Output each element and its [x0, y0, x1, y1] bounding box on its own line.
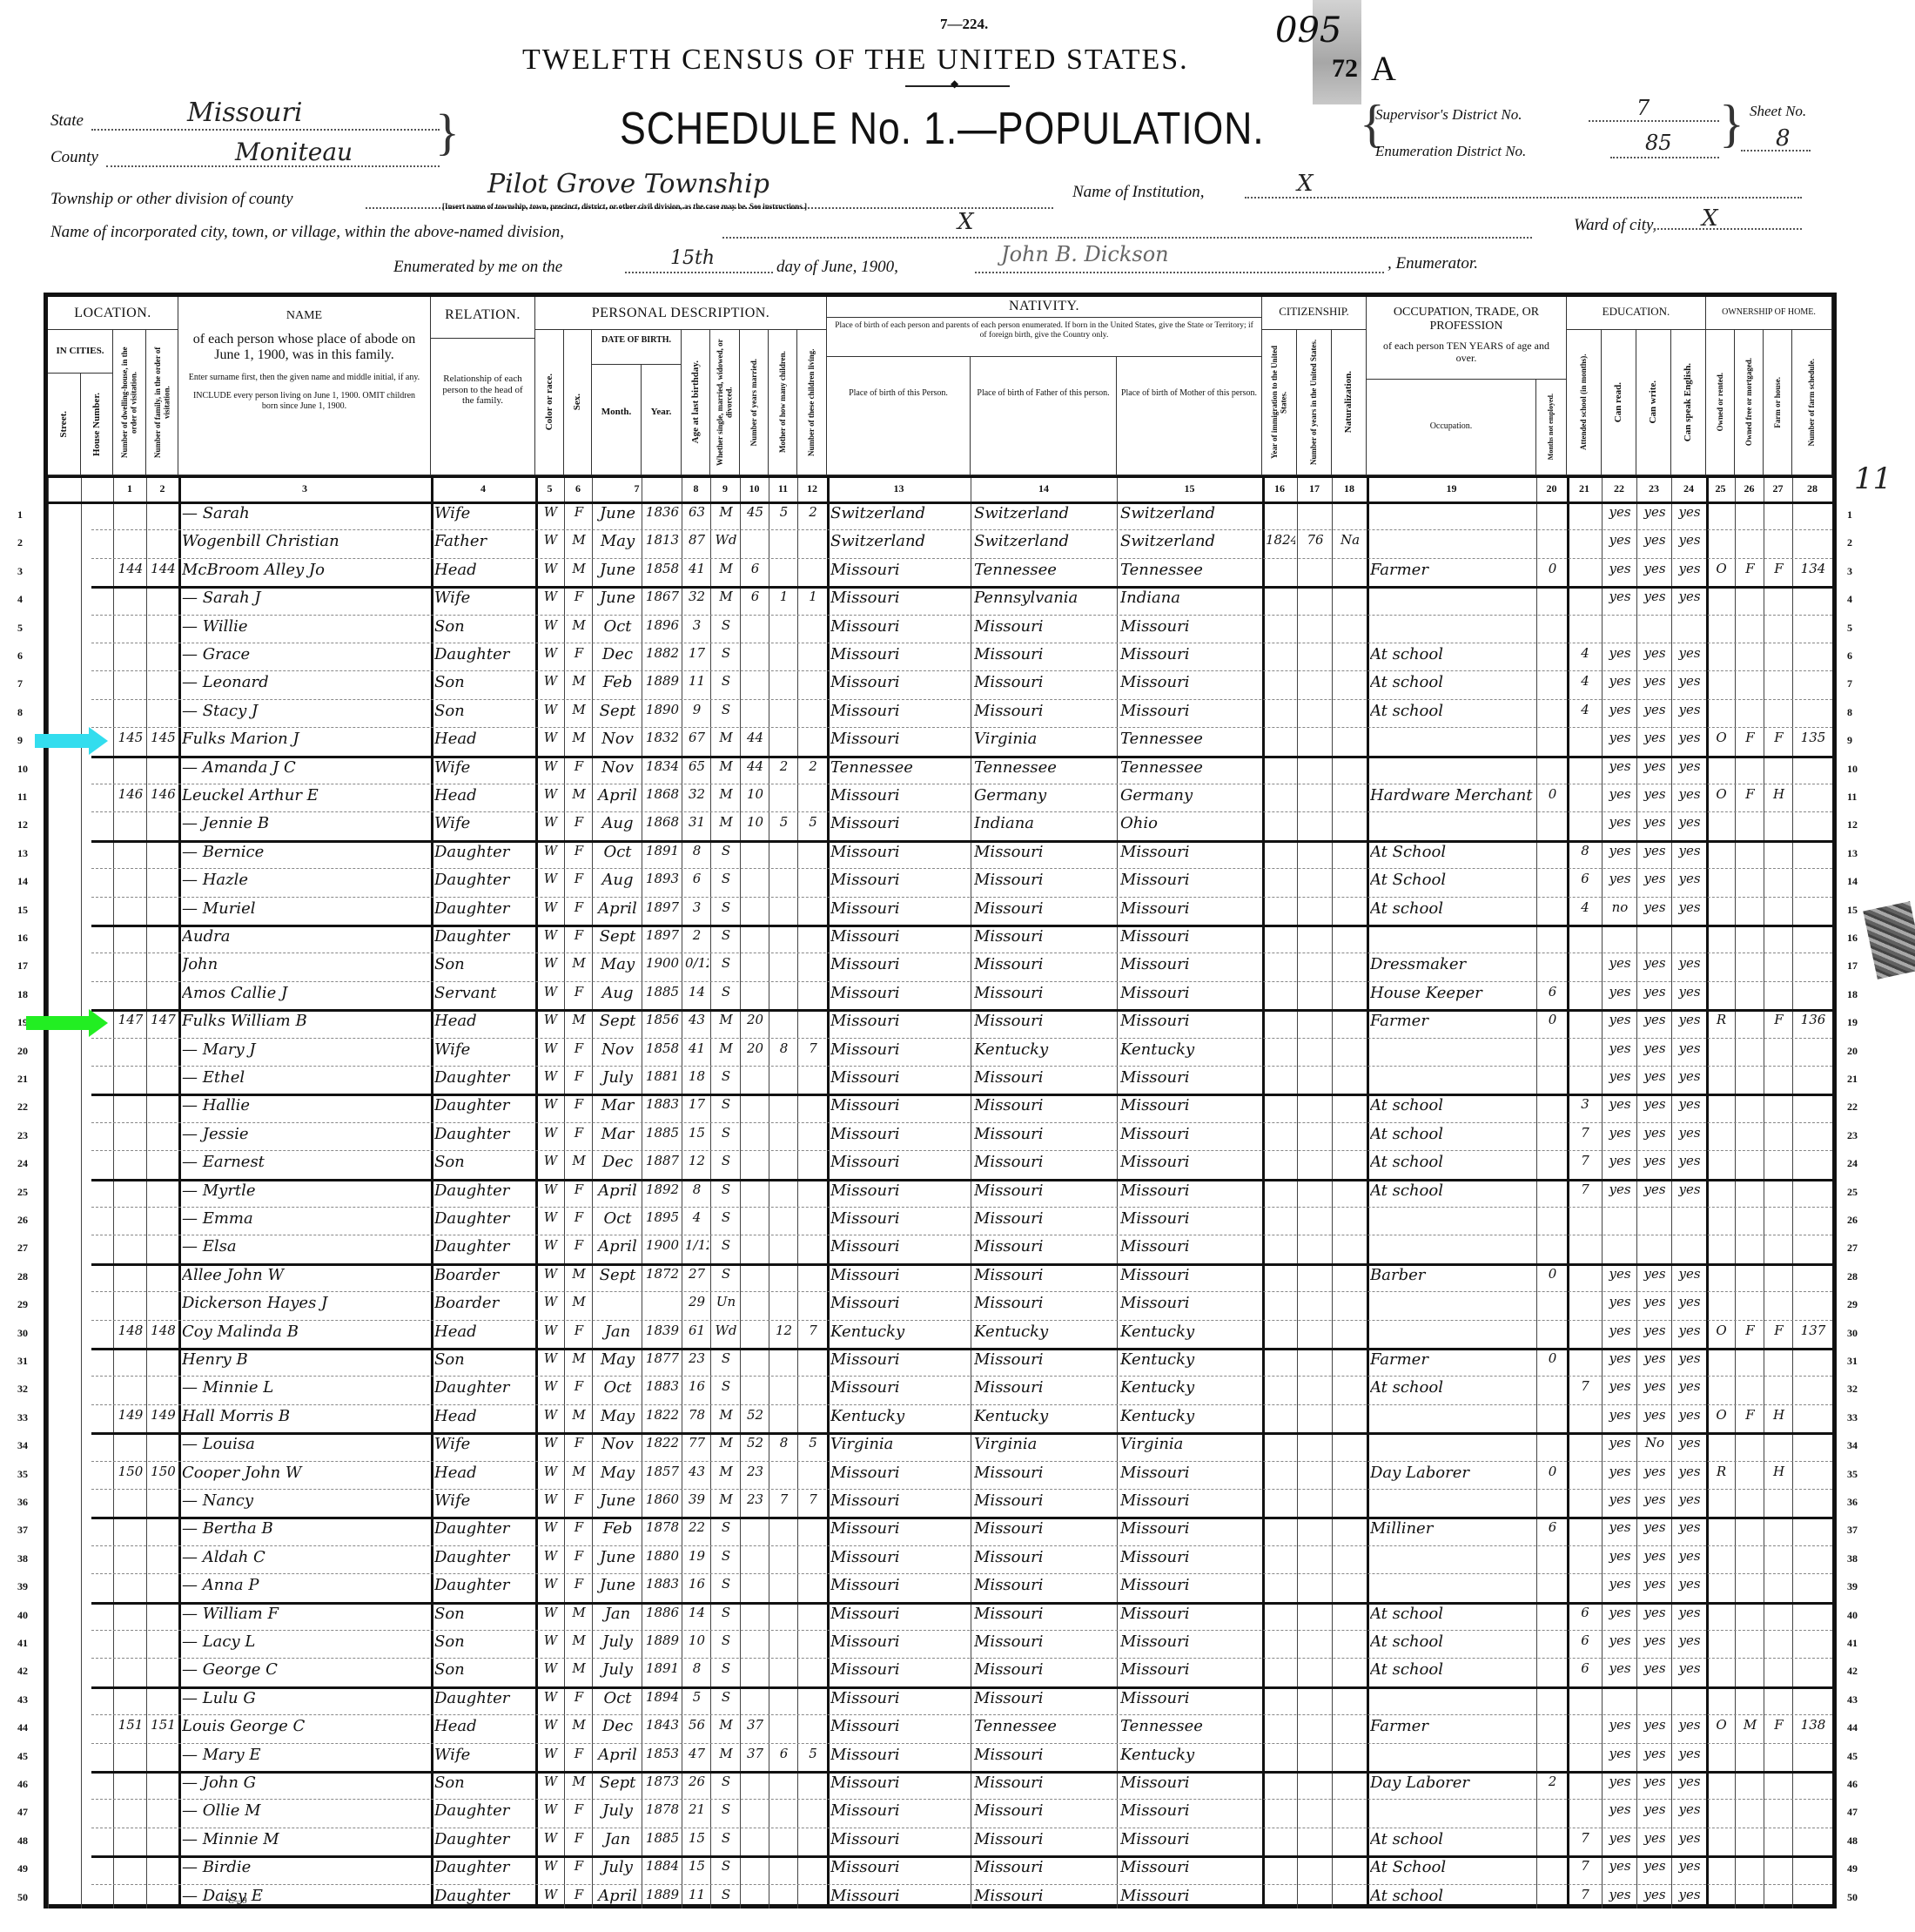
cell-write: yes: [1640, 843, 1670, 858]
cell-marital: M: [714, 1040, 738, 1056]
row-rule: [91, 1291, 1832, 1292]
enumerator-label: , Enumerator.: [1388, 254, 1478, 273]
cell-month: Feb: [595, 673, 640, 691]
line-number-right: 48: [1847, 1834, 1858, 1848]
cell-relation: Daughter: [434, 1068, 534, 1087]
cell-relation: Father: [434, 532, 534, 550]
cell-bp-father: Missouri: [974, 645, 1115, 663]
cell-bp-father: Missouri: [974, 1237, 1115, 1255]
cell-marital: Wd: [714, 1323, 738, 1338]
cell-relation: Daughter: [434, 1237, 534, 1255]
cell-year: 1896: [645, 617, 680, 633]
cell-living: 5: [801, 1746, 825, 1761]
row-rule: [91, 868, 1832, 869]
institution-line: [1245, 197, 1802, 199]
cell-age: 32: [685, 589, 709, 604]
cell-occupation: At school: [1370, 1660, 1535, 1679]
cell-read: yes: [1605, 645, 1635, 661]
margin-mark: 11: [1854, 461, 1891, 496]
line-number-left: 25: [17, 1186, 28, 1199]
cell-age: 77: [685, 1435, 709, 1451]
cell-relation: Son: [434, 1774, 534, 1792]
cell-bp-mother: Missouri: [1120, 1830, 1260, 1848]
cell-yrs-married: 52: [743, 1407, 767, 1423]
cell-bp: Missouri: [830, 955, 969, 973]
cell-color: W: [539, 843, 562, 858]
cell-name: — Mary J: [182, 1040, 429, 1059]
cell-color: W: [539, 1181, 562, 1197]
cell-bp: Missouri: [830, 1491, 969, 1510]
cell-bp-mother: Kentucky: [1120, 1378, 1260, 1397]
cell-name: Hall Morris B: [182, 1407, 429, 1425]
cell-relation: Head: [434, 1012, 534, 1030]
cell-read: yes: [1605, 814, 1635, 830]
cell-bp-father: Missouri: [974, 1125, 1115, 1143]
cell-name: — Sarah: [182, 504, 429, 522]
column-number: 1: [113, 482, 146, 495]
cell-bp-mother: Missouri: [1120, 1576, 1260, 1594]
cell-read: yes: [1605, 1125, 1635, 1141]
column-number: 9: [710, 482, 740, 495]
cell-name: — William F: [182, 1605, 429, 1623]
line-number-right: 17: [1847, 959, 1858, 973]
cell-sched: 138: [1796, 1717, 1831, 1733]
cell-bp-father: Missouri: [974, 1096, 1115, 1114]
cell-marital: S: [714, 1068, 738, 1084]
cell-bp-father: Missouri: [974, 1801, 1115, 1820]
line-number-right: 21: [1847, 1073, 1858, 1086]
cell-write: yes: [1640, 1548, 1670, 1564]
cell-bp-father: Missouri: [974, 1689, 1115, 1707]
cell-occupation: At school: [1370, 1830, 1535, 1848]
name-instruction-2: INCLUDE every person living on June 1, 1…: [187, 391, 421, 411]
column-number: 12: [797, 482, 827, 495]
column-divider: [1764, 475, 1764, 1908]
cell-name: Coy Malinda B: [182, 1323, 429, 1341]
supervisor-line: [1589, 120, 1719, 122]
cell-bp: Missouri: [830, 1209, 969, 1228]
cell-sex: F: [568, 1237, 590, 1253]
column-number: 3: [178, 482, 431, 495]
cell-relation: Wife: [434, 1491, 534, 1510]
cell-marital: S: [714, 984, 738, 1000]
line-number-right: 24: [1847, 1157, 1858, 1170]
column-number: 25: [1706, 482, 1735, 495]
cell-year: 1893: [645, 871, 680, 886]
cell-marital: S: [714, 1125, 738, 1141]
column-number: 7: [592, 482, 682, 495]
cell-year: 1872: [645, 1266, 680, 1282]
cell-occupation: At school: [1370, 1632, 1535, 1651]
cell-year: 1883: [645, 1096, 680, 1112]
cell-sex: M: [568, 561, 590, 576]
cell-relation: Daughter: [434, 1125, 534, 1143]
cell-color: W: [539, 561, 562, 576]
footer-mark: C—9: [228, 1896, 247, 1906]
cell-school: 8: [1570, 843, 1600, 858]
cell-age: 16: [685, 1576, 709, 1592]
cell-marital: M: [714, 1464, 738, 1479]
cell-name: — George C: [182, 1660, 429, 1679]
cell-sex: F: [568, 1181, 590, 1197]
cell-dwelling: 148: [117, 1323, 144, 1338]
cell-bp-mother: Missouri: [1120, 1266, 1260, 1284]
line-number-left: 22: [17, 1101, 28, 1114]
months-unemployed-header: Months not employed.: [1536, 380, 1567, 475]
mother-of-header: Mother of how many children.: [769, 330, 797, 475]
cell-bp-father: Missouri: [974, 1464, 1115, 1482]
cell-month: Sept: [595, 1774, 640, 1792]
cell-read: yes: [1605, 1491, 1635, 1507]
cell-occupation: Barber: [1370, 1266, 1535, 1284]
cell-write: yes: [1640, 1887, 1670, 1902]
cell-relation: Head: [434, 730, 534, 748]
cell-yrs-married: 23: [743, 1464, 767, 1479]
cell-marital: Wd: [714, 532, 738, 548]
column-divider: [1671, 475, 1672, 1908]
column-number: 17: [1297, 482, 1332, 495]
column-divider: [81, 475, 82, 1908]
cell-sex: F: [568, 1548, 590, 1564]
cell-read: yes: [1605, 843, 1635, 858]
cell-relation: Head: [434, 786, 534, 804]
cell-bp-mother: Kentucky: [1120, 1350, 1260, 1369]
line-number-right: 6: [1847, 650, 1852, 663]
cell-relation: Head: [434, 1717, 534, 1735]
cell-bp: Missouri: [830, 1464, 969, 1482]
cell-read: yes: [1605, 1153, 1635, 1168]
cell-yrs-us: 76: [1300, 532, 1330, 548]
cell-bp-mother: Missouri: [1120, 1491, 1260, 1510]
cell-write: yes: [1640, 955, 1670, 971]
cell-relation: Daughter: [434, 899, 534, 918]
cell-english: yes: [1675, 1632, 1704, 1648]
line-number-left: 21: [17, 1073, 28, 1086]
cell-color: W: [539, 927, 562, 943]
cell-bp-father: Missouri: [974, 984, 1115, 1002]
farm-schedule-header: Number of farm schedule.: [1792, 330, 1832, 475]
cell-farm: F: [1767, 1323, 1791, 1338]
cell-family: 148: [150, 1323, 177, 1338]
cell-sex: M: [568, 730, 590, 745]
cell-english: yes: [1675, 1660, 1704, 1676]
cell-month: Jan: [595, 1323, 640, 1341]
ward-value: X: [1702, 205, 1718, 232]
cell-sex: M: [568, 702, 590, 717]
cell-bp-mother: Switzerland: [1120, 504, 1260, 522]
cell-month: April: [595, 1181, 640, 1200]
cell-sex: F: [568, 1323, 590, 1338]
cell-color: W: [539, 645, 562, 661]
cell-write: yes: [1640, 1040, 1670, 1056]
row-rule: [91, 1066, 1832, 1067]
cell-school: 6: [1570, 871, 1600, 886]
cell-bp: Missouri: [830, 1012, 969, 1030]
cell-age: 87: [685, 532, 709, 548]
nativity-desc: Place of birth of each person and parent…: [827, 318, 1262, 357]
cell-bp-mother: Missouri: [1120, 984, 1260, 1002]
state-value: Missouri: [187, 98, 302, 128]
cell-year: 1878: [645, 1801, 680, 1817]
cell-age: 39: [685, 1491, 709, 1507]
cell-marital: M: [714, 1012, 738, 1027]
relation-desc: Relationship of each person to the head …: [431, 339, 535, 475]
age-header: Age at last birthday.: [682, 330, 710, 475]
cell-name: — Jessie: [182, 1125, 429, 1143]
cell-month: July: [595, 1660, 640, 1679]
sheet-value: 8: [1776, 125, 1791, 151]
cell-month: June: [595, 1491, 640, 1510]
cell-write: yes: [1640, 1605, 1670, 1620]
column-number: 10: [740, 482, 769, 495]
cell-relation: Daughter: [434, 843, 534, 861]
cell-bp: Missouri: [830, 589, 969, 607]
cell-year: 1860: [645, 1491, 680, 1507]
line-number-right: 7: [1847, 677, 1852, 690]
cell-relation: Head: [434, 1407, 534, 1425]
cell-month: June: [595, 589, 640, 607]
cell-year: 1878: [645, 1519, 680, 1535]
cell-read: yes: [1605, 1717, 1635, 1733]
cell-month: Aug: [595, 871, 640, 889]
township-note: [Insert name of township, town, precinct…: [442, 202, 807, 211]
cell-color: W: [539, 1209, 562, 1225]
cell-school: 7: [1570, 1887, 1600, 1902]
line-number-right: 10: [1847, 763, 1858, 776]
cell-dwelling: 146: [117, 786, 144, 802]
cell-school: 7: [1570, 1153, 1600, 1168]
cell-school: 7: [1570, 1125, 1600, 1141]
cell-relation: Daughter: [434, 1689, 534, 1707]
cell-year: 1877: [645, 1350, 680, 1366]
cell-bp: Missouri: [830, 871, 969, 889]
cell-year: 1858: [645, 561, 680, 576]
cell-year: 1881: [645, 1068, 680, 1084]
cell-year: 1882: [645, 645, 680, 661]
cell-age: 0/12: [685, 955, 709, 971]
cell-read: yes: [1605, 1605, 1635, 1620]
cell-bp-father: Missouri: [974, 1181, 1115, 1200]
cell-school: 4: [1570, 899, 1600, 915]
cell-year: 1900: [645, 955, 680, 971]
can-speak-english-header: Can speak English.: [1671, 330, 1706, 475]
cell-read: yes: [1605, 1774, 1635, 1789]
cell-living: 7: [801, 1323, 825, 1338]
cell-color: W: [539, 1464, 562, 1479]
line-number-right: 31: [1847, 1355, 1858, 1368]
cell-write: yes: [1640, 1294, 1670, 1309]
line-number-left: 10: [17, 763, 28, 776]
cell-year: 1834: [645, 758, 680, 774]
line-number-left: 28: [17, 1270, 28, 1283]
line-number-right: 39: [1847, 1580, 1858, 1593]
cell-bp-mother: Tennessee: [1120, 730, 1260, 748]
cell-yrs-married: 20: [743, 1012, 767, 1027]
cell-own: O: [1710, 1717, 1733, 1733]
cell-english: yes: [1675, 1801, 1704, 1817]
row-rule: [91, 1573, 1832, 1574]
row-rule: [91, 1658, 1832, 1659]
cell-write: yes: [1640, 1378, 1670, 1394]
cell-age: 3: [685, 617, 709, 633]
cell-color: W: [539, 1435, 562, 1451]
cell-bp-mother: Missouri: [1120, 673, 1260, 691]
line-number-left: 45: [17, 1750, 28, 1763]
cell-bp: Missouri: [830, 786, 969, 804]
cell-sex: F: [568, 1125, 590, 1141]
cell-read: yes: [1605, 786, 1635, 802]
cell-color: W: [539, 1660, 562, 1676]
cell-marital: S: [714, 1632, 738, 1648]
line-number-left: 26: [17, 1214, 28, 1227]
cell-month: Jan: [595, 1605, 640, 1623]
cell-bp-mother: Missouri: [1120, 1519, 1260, 1538]
cell-write: yes: [1640, 1407, 1670, 1423]
cell-color: W: [539, 1153, 562, 1168]
cell-month: May: [595, 1350, 640, 1369]
cell-write: yes: [1640, 1096, 1670, 1112]
cell-english: yes: [1675, 1378, 1704, 1394]
occupation-desc: of each person TEN YEARS of age and over…: [1375, 340, 1557, 365]
cell-read: yes: [1605, 1519, 1635, 1535]
form-number: 7—224.: [940, 16, 988, 33]
cell-bp: Missouri: [830, 899, 969, 918]
line-number-left: 34: [17, 1439, 28, 1452]
supervisor-label: Supervisor's District No.: [1375, 106, 1522, 124]
cell-bp: Missouri: [830, 1774, 969, 1792]
line-number-right: 46: [1847, 1778, 1858, 1791]
enum-day: 15th: [670, 247, 715, 269]
cell-school: 7: [1570, 1378, 1600, 1394]
cell-bp: Missouri: [830, 1746, 969, 1764]
line-number-right: 26: [1847, 1214, 1858, 1227]
cell-sex: F: [568, 1519, 590, 1535]
in-cities-header: IN CITIES.: [48, 330, 113, 374]
cell-sex: M: [568, 532, 590, 548]
cell-relation: Daughter: [434, 1096, 534, 1114]
cell-month: July: [595, 1858, 640, 1876]
cell-age: 14: [685, 984, 709, 1000]
cell-english: yes: [1675, 1491, 1704, 1507]
cell-name: — Myrtle: [182, 1181, 429, 1200]
cell-relation: Daughter: [434, 871, 534, 889]
line-number-right: 42: [1847, 1665, 1858, 1678]
cell-age: 47: [685, 1746, 709, 1761]
cell-write: yes: [1640, 899, 1670, 915]
cell-bp-father: Missouri: [974, 1266, 1115, 1284]
cell-year: 1836: [645, 504, 680, 520]
cell-bp: Missouri: [830, 1181, 969, 1200]
cell-age: 17: [685, 645, 709, 661]
cell-read: yes: [1605, 1181, 1635, 1197]
cell-sex: M: [568, 1717, 590, 1733]
cell-relation: Wife: [434, 1746, 534, 1764]
cell-name: — Jennie B: [182, 814, 429, 832]
enumerator-line: [975, 272, 1384, 273]
cell-english: yes: [1675, 1858, 1704, 1874]
cell-english: yes: [1675, 1294, 1704, 1309]
cell-read: yes: [1605, 1660, 1635, 1676]
cell-age: 16: [685, 1378, 709, 1394]
cell-relation: Son: [434, 673, 534, 691]
column-number: 18: [1332, 482, 1367, 495]
cell-occupation: Hardware Merchant: [1370, 786, 1535, 804]
sheet-label: Sheet No.: [1750, 103, 1806, 120]
cell-sex: M: [568, 1266, 590, 1282]
line-number-right: 29: [1847, 1298, 1858, 1311]
cell-year: 1868: [645, 786, 680, 802]
cell-name: — John G: [182, 1774, 429, 1792]
cell-english: yes: [1675, 504, 1704, 520]
cell-month: Sept: [595, 1012, 640, 1030]
cell-english: yes: [1675, 1774, 1704, 1789]
column-number: 8: [682, 482, 710, 495]
line-number-left: 18: [17, 988, 28, 1001]
cell-bp: Missouri: [830, 984, 969, 1002]
cell-mother-of: 8: [772, 1435, 796, 1451]
cell-marital: S: [714, 1378, 738, 1394]
cell-english: yes: [1675, 730, 1704, 745]
column-divider: [710, 475, 711, 1908]
cell-month: Nov: [595, 1435, 640, 1453]
line-number-right: 4: [1847, 593, 1852, 606]
cell-yrs-married: 44: [743, 730, 767, 745]
cell-age: 63: [685, 504, 709, 520]
cell-bp-father: Missouri: [974, 617, 1115, 636]
cell-bp-mother: Missouri: [1120, 927, 1260, 946]
cell-marital: S: [714, 899, 738, 915]
cell-relation: Daughter: [434, 1801, 534, 1820]
title-ornament: [905, 85, 1010, 87]
cell-relation: Wife: [434, 1435, 534, 1453]
line-number-right: 25: [1847, 1186, 1858, 1199]
cell-bp: Missouri: [830, 673, 969, 691]
cell-bp-mother: Missouri: [1120, 1209, 1260, 1228]
children-living-header: Number of these children living.: [797, 330, 827, 475]
cell-month: Dec: [595, 1153, 640, 1171]
cell-color: W: [539, 1858, 562, 1874]
cell-color: W: [539, 1350, 562, 1366]
line-number-left: 36: [17, 1496, 28, 1509]
column-divider: [1262, 475, 1265, 1908]
cell-occupation: House Keeper: [1370, 984, 1535, 1002]
schedule-title: SCHEDULE No. 1.—POPULATION.: [620, 103, 1265, 155]
cell-bp-father: Tennessee: [974, 758, 1115, 777]
cell-age: 15: [685, 1858, 709, 1874]
cell-marital: Un: [714, 1294, 738, 1309]
cell-bp-father: Pennsylvania: [974, 589, 1115, 607]
cell-marital: S: [714, 1605, 738, 1620]
row-rule: [91, 1884, 1832, 1885]
cell-bp-mother: Missouri: [1120, 1294, 1260, 1312]
cell-marital: M: [714, 1407, 738, 1423]
cell-mother-of: 5: [772, 814, 796, 830]
cell-english: yes: [1675, 984, 1704, 1000]
enum-day-line: [625, 272, 773, 273]
cell-year: 1856: [645, 1012, 680, 1027]
cell-year: 1890: [645, 702, 680, 717]
cell-sex: F: [568, 1887, 590, 1902]
color-header: Color or race.: [535, 330, 564, 475]
cell-english: yes: [1675, 1407, 1704, 1423]
cell-color: W: [539, 1689, 562, 1705]
cell-write: yes: [1640, 1858, 1670, 1874]
cell-month: Sept: [595, 702, 640, 720]
cell-read: yes: [1605, 871, 1635, 886]
column-divider: [1367, 475, 1369, 1908]
cell-age: 4: [685, 1209, 709, 1225]
cell-relation: Son: [434, 1632, 534, 1651]
